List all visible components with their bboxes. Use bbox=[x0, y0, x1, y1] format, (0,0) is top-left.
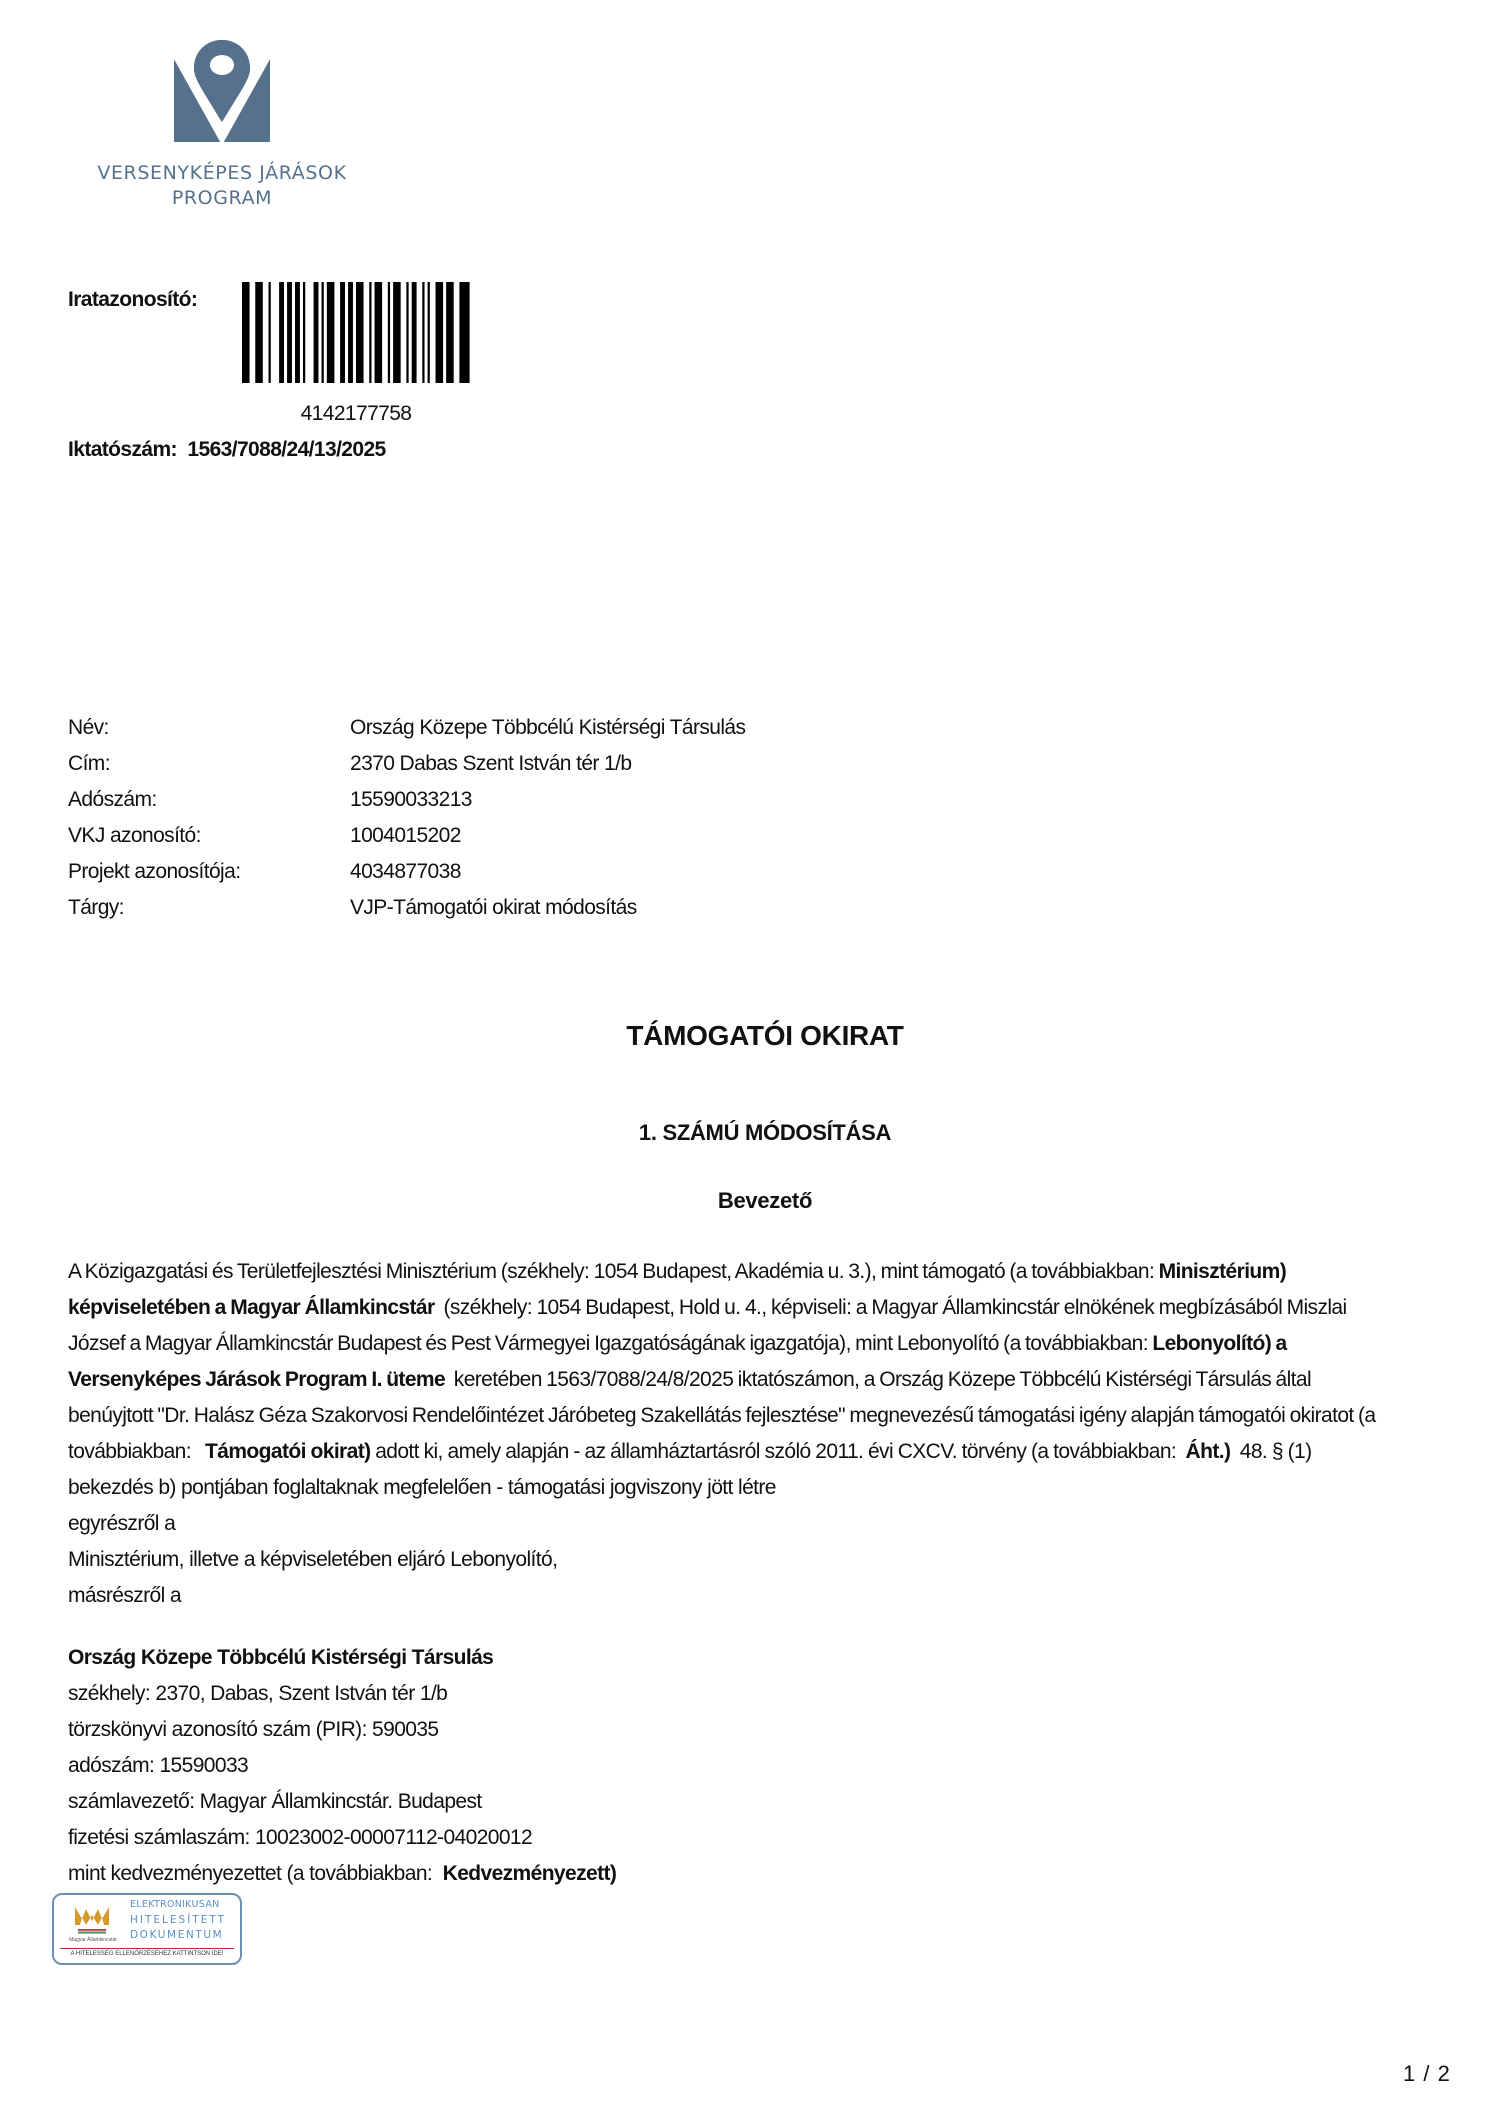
filing-value: 1563/7088/24/13/2025 bbox=[187, 438, 385, 461]
beneficiary-name: Ország Közepe Többcélú Kistérségi Társul… bbox=[68, 1640, 968, 1676]
section-heading-intro: Bevezető bbox=[0, 1188, 1500, 1214]
info-value: 15590033213 bbox=[350, 788, 472, 812]
barcode-icon bbox=[242, 282, 470, 383]
treasury-crown-icon bbox=[72, 1903, 112, 1937]
page-number: 1 / 2 bbox=[1403, 2061, 1451, 2087]
logo-pin-icon bbox=[174, 40, 270, 142]
stamp-verify-text: A HITELESSÉG ELLENŐRZÉSÉHEZ KATTINTSON I… bbox=[54, 1951, 240, 1957]
info-row: Projekt azonosítója:4034877038 bbox=[68, 860, 968, 896]
beneficiary-role-prefix: mint kedvezményezettet (a továbbiakban: bbox=[68, 1862, 443, 1885]
beneficiary-tax-number: adószám: 15590033 bbox=[68, 1748, 968, 1784]
info-row: Tárgy:VJP-Támogatói okirat módosítás bbox=[68, 896, 968, 932]
text-segment: egyrészről a bbox=[68, 1512, 175, 1535]
info-value: VJP-Támogatói okirat módosítás bbox=[350, 896, 637, 920]
info-label: Tárgy: bbox=[68, 896, 124, 920]
text-segment: másrészről a bbox=[68, 1584, 181, 1607]
info-row: VKJ azonosító:1004015202 bbox=[68, 824, 968, 860]
info-value: 2370 Dabas Szent István tér 1/b bbox=[350, 752, 631, 776]
beneficiary-account: fizetési számlaszám: 10023002-00007112-0… bbox=[68, 1820, 968, 1856]
info-label: VKJ azonosító: bbox=[68, 824, 201, 848]
authentication-stamp-link[interactable]: Magyar Államkincstár ELEKTRONIKUSAN HITE… bbox=[52, 1893, 242, 1965]
info-label: Cím: bbox=[68, 752, 110, 776]
text-segment: adott ki, amely alapján - az államháztar… bbox=[371, 1440, 1186, 1463]
beneficiary-pir: törzskönyvi azonosító szám (PIR): 590035 bbox=[68, 1712, 968, 1748]
document-subtitle: 1. SZÁMÚ MÓDOSÍTÁSA bbox=[0, 1120, 1500, 1146]
logo-text-line2: PROGRAM bbox=[57, 187, 387, 209]
info-value: 1004015202 bbox=[350, 824, 461, 848]
bold-term: képviseletében a Magyar Államkincstár bbox=[68, 1296, 435, 1319]
text-segment: József a Magyar Államkincstár Budapest é… bbox=[68, 1332, 1152, 1355]
stamp-text-line2: HITELESÍTETT bbox=[130, 1914, 226, 1926]
info-row: Adószám:15590033213 bbox=[68, 788, 968, 824]
paragraph-line: másrészről a bbox=[68, 1578, 1468, 1614]
stamp-text-line3: DOKUMENTUM bbox=[130, 1929, 223, 1941]
paragraph-line: továbbiakban: Támogatói okirat) adott ki… bbox=[68, 1434, 1468, 1470]
paragraph-line: József a Magyar Államkincstár Budapest é… bbox=[68, 1326, 1468, 1362]
text-segment: A Közigazgatási és Területfejlesztési Mi… bbox=[68, 1260, 1159, 1283]
document-id-number: 4142177758 bbox=[240, 402, 472, 426]
paragraph-line: Minisztérium, illetve a képviseletében e… bbox=[68, 1542, 1468, 1578]
paragraph-line: benúyjtott "Dr. Halász Géza Szakorvosi R… bbox=[68, 1398, 1468, 1434]
info-row: Cím:2370 Dabas Szent István tér 1/b bbox=[68, 752, 968, 788]
bold-term: Áht.) bbox=[1186, 1440, 1231, 1463]
paragraph-line: képviseletében a Magyar Államkincstár (s… bbox=[68, 1290, 1468, 1326]
info-value: 4034877038 bbox=[350, 860, 461, 884]
bold-term: Minisztérium) bbox=[1159, 1260, 1287, 1283]
beneficiary-bank: számlavezető: Magyar Államkincstár. Buda… bbox=[68, 1784, 968, 1820]
beneficiary-role-term: Kedvezményezett) bbox=[443, 1862, 617, 1885]
paragraph-line: egyrészről a bbox=[68, 1506, 1468, 1542]
beneficiary-block: Ország Közepe Többcélú Kistérségi Társul… bbox=[68, 1640, 968, 1892]
paragraph-line: bekezdés b) pontjában foglaltaknak megfe… bbox=[68, 1470, 1468, 1506]
stamp-text-line1: ELEKTRONIKUSAN bbox=[130, 1899, 220, 1910]
text-segment: továbbiakban: bbox=[68, 1440, 205, 1463]
bold-term: Támogatói okirat) bbox=[205, 1440, 370, 1463]
text-segment: Minisztérium, illetve a képviseletében e… bbox=[68, 1548, 557, 1571]
paragraph-line: A Közigazgatási és Területfejlesztési Mi… bbox=[68, 1254, 1468, 1290]
info-label: Projekt azonosítója: bbox=[68, 860, 240, 884]
beneficiary-role: mint kedvezményezettet (a továbbiakban: … bbox=[68, 1856, 968, 1892]
stamp-divider bbox=[60, 1948, 234, 1949]
stamp-issuer: Magyar Államkincstár bbox=[62, 1937, 124, 1943]
text-segment: benúyjtott "Dr. Halász Géza Szakorvosi R… bbox=[68, 1404, 1375, 1427]
info-value: Ország Közepe Többcélú Kistérségi Társul… bbox=[350, 716, 745, 740]
bold-term: Versenyképes Járások Program I. üteme bbox=[68, 1368, 445, 1391]
text-segment: 48. § (1) bbox=[1230, 1440, 1311, 1463]
filing-number: Iktatószám: 1563/7088/24/13/2025 bbox=[68, 438, 386, 462]
intro-paragraph: A Közigazgatási és Területfejlesztési Mi… bbox=[68, 1254, 1468, 1614]
document-id-label: Iratazonosító: bbox=[68, 288, 197, 312]
bold-term: Lebonyolító) a bbox=[1152, 1332, 1286, 1355]
info-row: Név:Ország Közepe Többcélú Kistérségi Tá… bbox=[68, 716, 968, 752]
info-label: Adószám: bbox=[68, 788, 157, 812]
document-title: TÁMOGATÓI OKIRAT bbox=[0, 1020, 1500, 1052]
text-segment: (székhely: 1054 Budapest, Hold u. 4., ké… bbox=[435, 1296, 1347, 1319]
filing-label: Iktatószám: bbox=[68, 438, 177, 461]
paragraph-line: Versenyképes Járások Program I. üteme ke… bbox=[68, 1362, 1468, 1398]
beneficiary-seat: székhely: 2370, Dabas, Szent István tér … bbox=[68, 1676, 968, 1712]
logo-text-line1: VERSENYKÉPES JÁRÁSOK bbox=[57, 162, 387, 184]
info-label: Név: bbox=[68, 716, 109, 740]
text-segment: bekezdés b) pontjában foglaltaknak megfe… bbox=[68, 1476, 776, 1499]
text-segment: keretében 1563/7088/24/8/2025 iktatószám… bbox=[445, 1368, 1311, 1391]
